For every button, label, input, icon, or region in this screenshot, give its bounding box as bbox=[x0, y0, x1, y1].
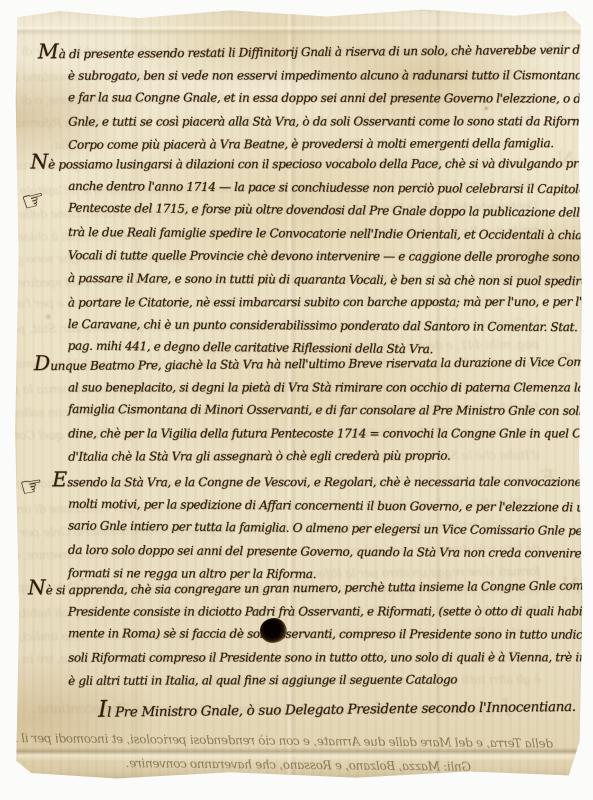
manuscript-paragraph: Mà di presente essendo restati li Diffin… bbox=[24, 37, 581, 157]
manuscript-paragraph: Nè si apprenda, chè sia congregare un gr… bbox=[24, 573, 581, 693]
manuscript-line: Nè si apprenda, chè sia congregare un gr… bbox=[28, 572, 581, 603]
manuscript-line: à passare il Mare, e sono in tutti più d… bbox=[68, 267, 581, 293]
manuscript-line: d'Italia chè la Stà Vra gli assegnarà ò … bbox=[68, 444, 581, 468]
manuscript-line: trà le due Reali famiglie spedire le Con… bbox=[68, 221, 581, 247]
manuscript-line: Nè possiamo lusingarsi à dilazioni con i… bbox=[30, 150, 581, 177]
manuscript-line: e far la sua Congne Gnale, et in essa do… bbox=[68, 86, 581, 110]
manuscript-paragraph: Essendo la Stà Vra, e la Congne de Vesco… bbox=[24, 467, 582, 587]
manuscript-line: Vocali di tutte quelle Provincie chè dev… bbox=[68, 244, 581, 269]
manuscript-line: al suo beneplacito, si degni la pietà di… bbox=[68, 376, 581, 399]
manuscript-line: mente in Roma) sè si faccia dè soli Osse… bbox=[68, 622, 581, 646]
manuscript-line: è subrogato, ben si vede non esservi imp… bbox=[68, 64, 581, 87]
manicule-icon: ☞ bbox=[18, 470, 46, 504]
manuscript-line: Pentecoste del 1715, e forse più oltre d… bbox=[68, 197, 581, 225]
manuscript-line: à portare le Citatorie, nè essi imbarcar… bbox=[68, 291, 581, 315]
manuscript-line: Il Pre Ministro Gnale, ò suo Delegato Pr… bbox=[98, 693, 581, 725]
manuscript-paragraph: Nè possiamo lusingarsi à dilazioni con i… bbox=[24, 149, 582, 361]
manuscript-line: Gnle, e tutti se così piacerà alla Stà V… bbox=[68, 110, 581, 133]
manuscript-paragraph: Il Pre Ministro Gnale, ò suo Delegato Pr… bbox=[24, 694, 581, 724]
ink-blot bbox=[260, 618, 287, 643]
manuscript-line: famiglia Cismontana di Minori Osservanti… bbox=[68, 398, 581, 423]
manuscript-paper-sheet: Mà di presente essendo restati li Diffin… bbox=[14, 8, 583, 780]
manuscript-line: da loro solo doppo sei anni del presente… bbox=[68, 539, 581, 566]
manuscript-line: Essendo la Stà Vra, e la Congne de Vesco… bbox=[52, 468, 581, 494]
manuscript-line: è gli altri tutti in Italia, al qual fin… bbox=[68, 668, 581, 693]
manuscript-line: Mà di presente essendo restati li Diffin… bbox=[38, 36, 581, 67]
manuscript-line: Presidente consiste in diciotto Padri fr… bbox=[68, 600, 581, 623]
scanned-manuscript-page: { "document": { "kind": "handwritten man… bbox=[0, 0, 593, 800]
manuscript-paragraph: Dunque Beatmo Pre, giachè la Stà Vra hà … bbox=[24, 349, 581, 468]
manuscript-text: Mà di presente essendo restati li Diffin… bbox=[24, 8, 581, 780]
manuscript-line: soli Riformati compreso il Presidente so… bbox=[68, 646, 581, 669]
manuscript-line: Dunque Beatmo Pre, giachè la Stà Vra hà … bbox=[34, 348, 581, 378]
manuscript-line: dine, chè per la Vigilia della futura Pe… bbox=[68, 422, 581, 445]
